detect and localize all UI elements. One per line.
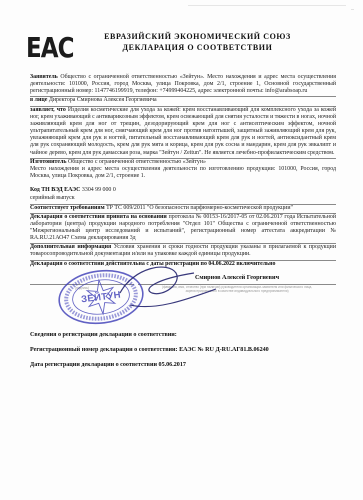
- registration-header: Сведения о регистрации декларации о соот…: [30, 331, 336, 339]
- conforms-label: Соответствует требованиям: [30, 205, 105, 211]
- basis-label: Декларация о соответствии принята на осн…: [30, 214, 167, 220]
- registration-number-line: Регистрационный номер декларации о соотв…: [30, 346, 336, 354]
- conforms-text: ТР ТС 009/2011 "О безопасности парфюмерн…: [106, 205, 293, 211]
- applicant-section: Заявитель Общество с ограниченной ответс…: [30, 74, 336, 97]
- manufacturer-name: Общество с ограниченной ответственностью…: [68, 159, 206, 165]
- conforms-section: Соответствует требованиям ТР ТС 009/2011…: [30, 205, 336, 214]
- title-union: ЕВРАЗИЙСКИЙ ЭКОНОМИЧЕСКИЙ СОЮЗ: [85, 31, 310, 42]
- registration-block: Сведения о регистрации декларации о соот…: [30, 331, 336, 369]
- represented-text: Директора Смирнова Алексея Георгиевича: [49, 97, 157, 103]
- scan-artifact-line: [188, 5, 346, 6]
- scan-artifact-dot: [351, 9, 354, 10]
- registration-number-label: Регистрационный номер декларации о соотв…: [30, 347, 178, 353]
- applicant-text: Общество с ограниченной ответственностью…: [30, 74, 336, 94]
- eac-mark-logo: ЕАС: [26, 30, 57, 66]
- registration-date-label: Дата регистрации декларации о соответств…: [30, 362, 157, 368]
- applicant-label: Заявитель: [30, 74, 58, 80]
- tnved-label: Код ТН ВЭД ЕАЭС: [30, 187, 80, 193]
- basis-section: Декларация о соответствии принята на осн…: [30, 214, 336, 245]
- handwritten-signature-icon: [116, 259, 236, 315]
- declares-label: заявляет, что: [30, 107, 66, 113]
- title-declaration: ДЕКЛАРАЦИЯ О СООТВЕТСТВИИ: [85, 42, 310, 53]
- registration-date-value: 05.06.2017: [159, 362, 186, 368]
- manufacturer-address: Место нахождения и адрес места осуществл…: [30, 166, 336, 180]
- serial-text: серийный выпуск: [30, 195, 75, 201]
- registration-date-line: Дата регистрации декларации о соответств…: [30, 361, 336, 369]
- document-title: ЕВРАЗИЙСКИЙ ЭКОНОМИЧЕСКИЙ СОЮЗ ДЕКЛАРАЦИ…: [85, 31, 310, 53]
- additional-label: Дополнительная информация: [30, 244, 111, 250]
- document-body: Заявитель Общество с ограниченной ответс…: [30, 74, 336, 369]
- represented-label: в лице: [30, 97, 47, 103]
- serial-section: серийный выпуск: [30, 195, 336, 204]
- manufacturer-label: Изготовитель: [30, 159, 66, 165]
- declares-section: заявляет, что Изделия косметические для …: [30, 107, 336, 159]
- declaration-document: ЕАС ЕВРАЗИЙСКИЙ ЭКОНОМИЧЕСКИЙ СОЮЗ ДЕКЛА…: [0, 0, 363, 500]
- registration-number-value: ЕАЭС № RU Д-RU.АГ81.В.06240: [179, 347, 269, 353]
- represented-by-section: в лице Директора Смирнова Алексея Георги…: [30, 97, 336, 106]
- tnved-code: 3304 99 000 0: [82, 187, 116, 193]
- signature-block: (подпись) Смирнов Алексей Георгиевич (фа…: [30, 271, 336, 325]
- declares-text: Изделия косметические для ухода за кожей…: [30, 107, 336, 156]
- tnved-section: Код ТН ВЭД ЕАЭС 3304 99 000 0: [30, 187, 336, 195]
- manufacturer-section: Изготовитель Общество с ограниченной отв…: [30, 159, 336, 181]
